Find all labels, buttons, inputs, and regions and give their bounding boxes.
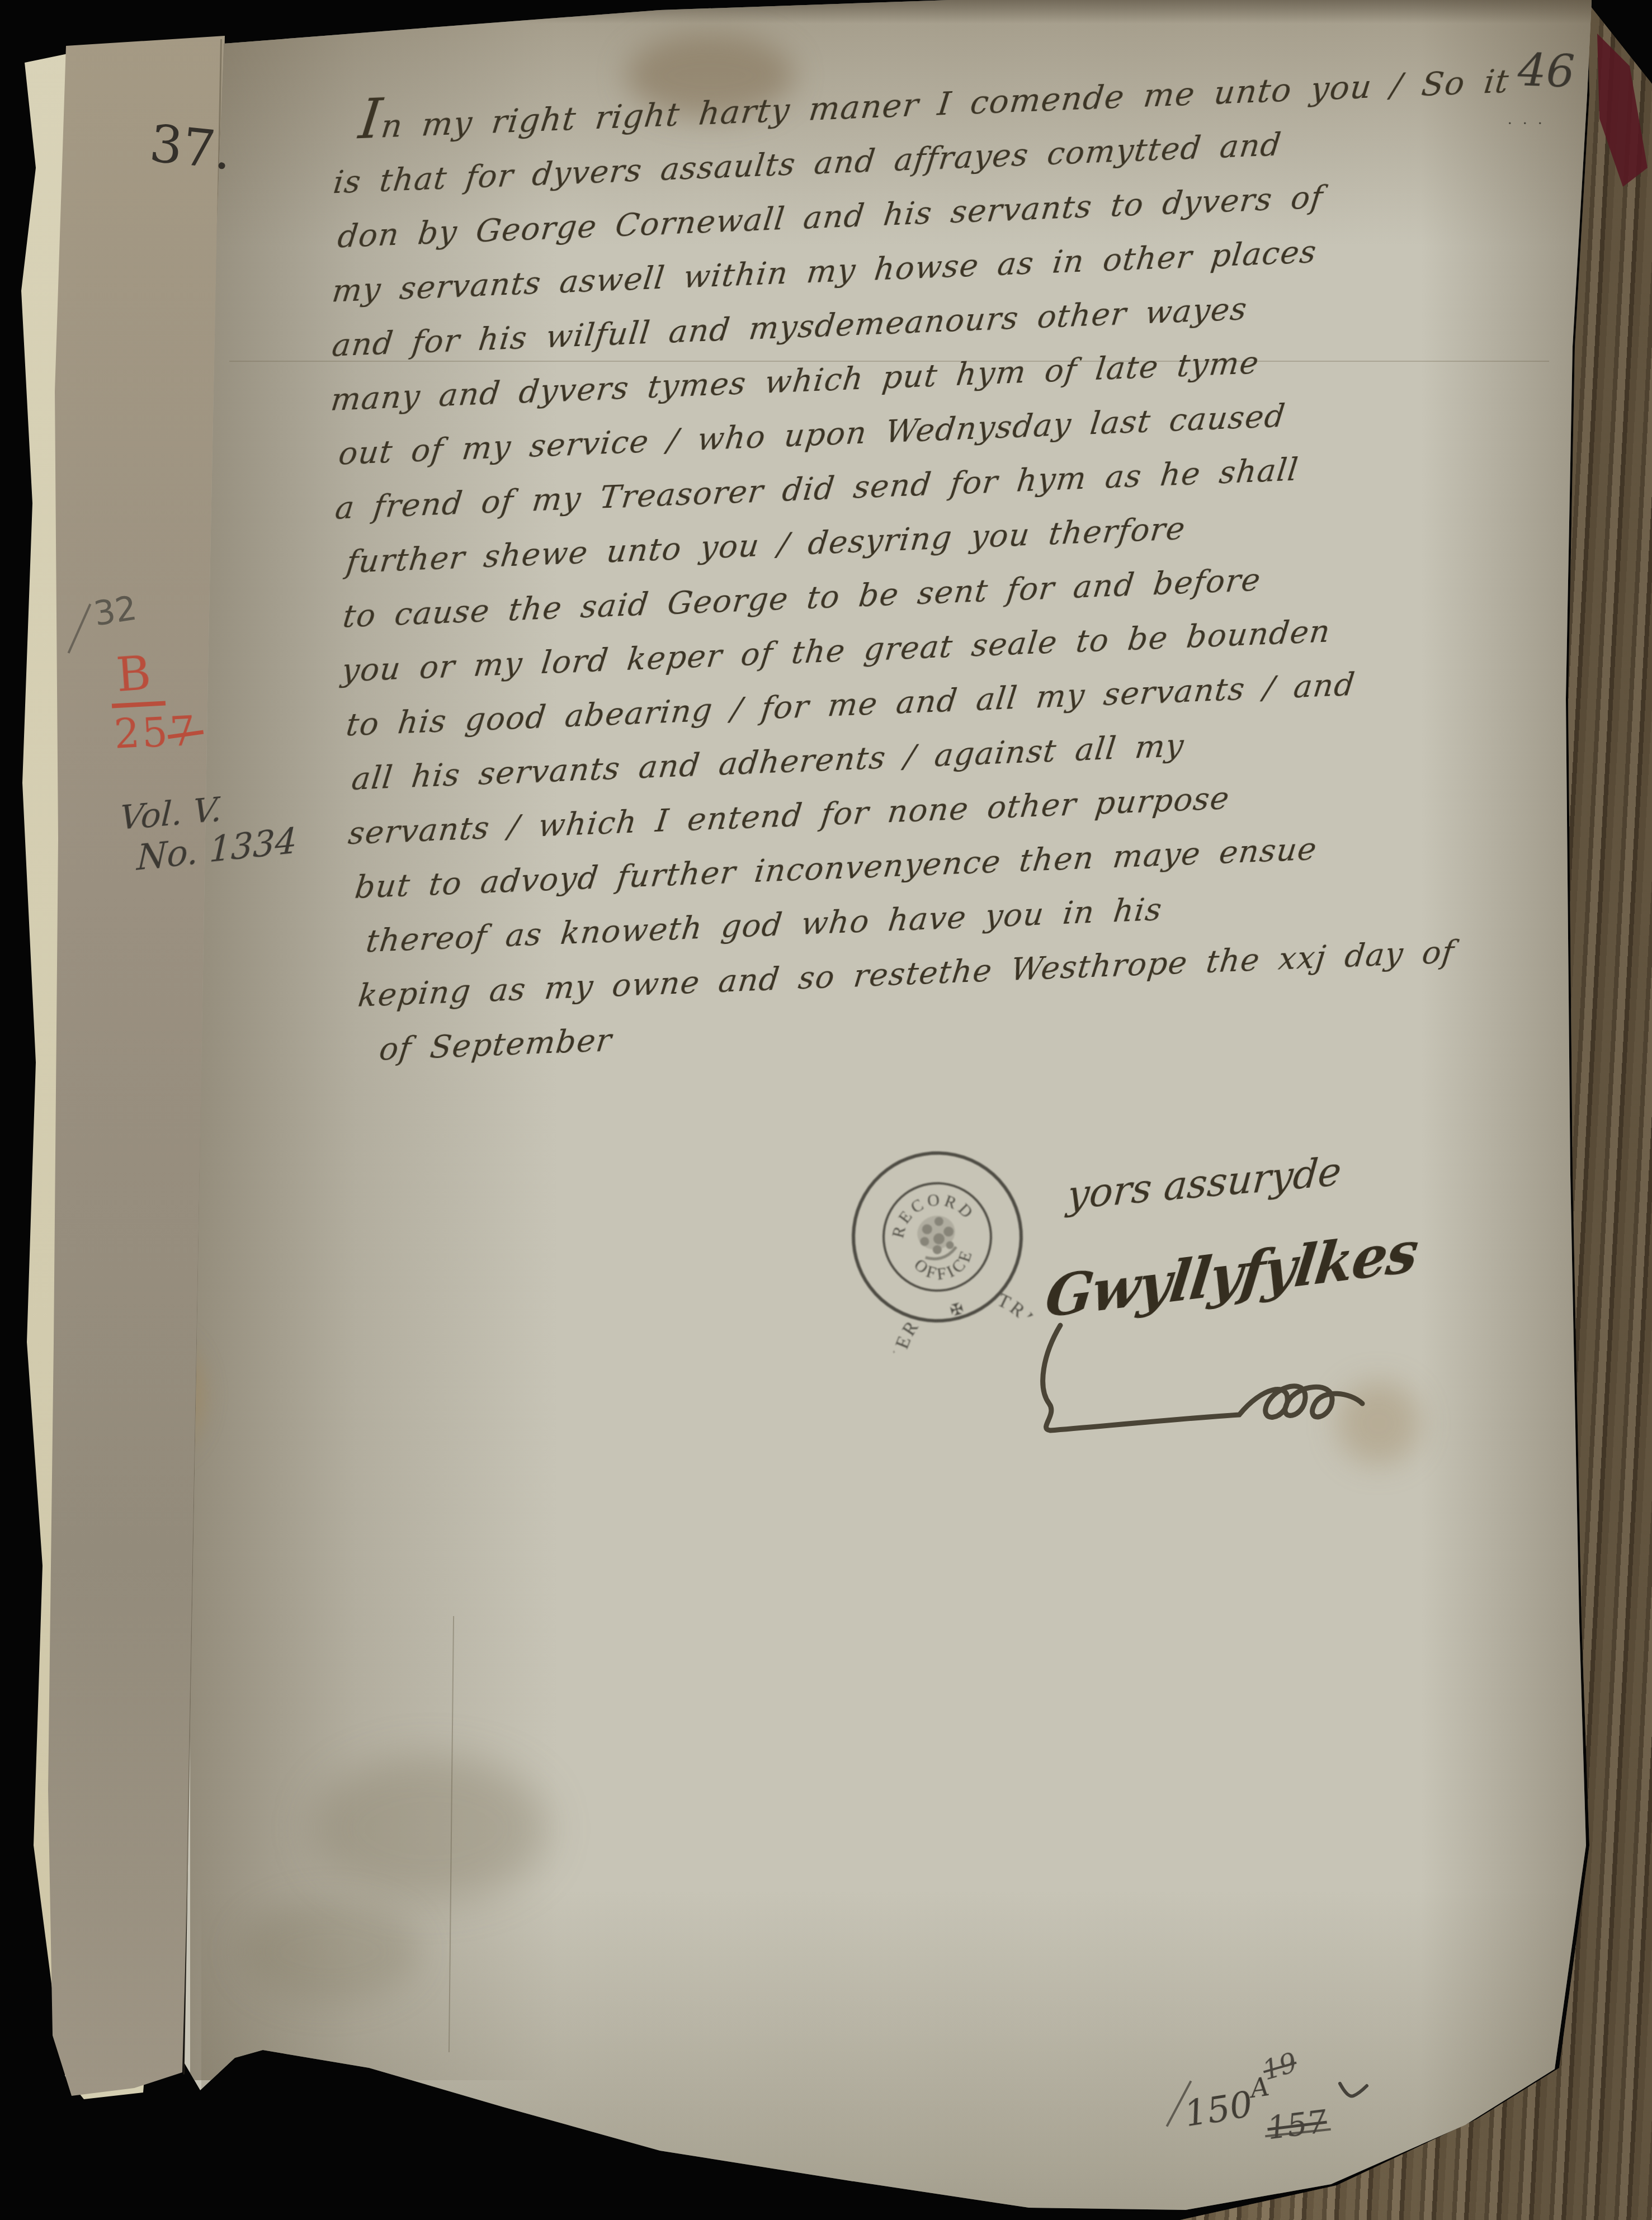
red-classmark-letter: B [115, 645, 153, 702]
page-number: 46 [1517, 44, 1575, 97]
folio-number: 37. [147, 114, 235, 182]
pen-tick-mark [1337, 2076, 1370, 2104]
letter-body: In my right right harty maner I comende … [319, 46, 1548, 1078]
stamp-office-text: OFFICE [908, 1241, 983, 1291]
pencil-number: 32 [91, 588, 139, 634]
stamp-cross-icon: ✠ [948, 1300, 966, 1320]
show-through [240, 1901, 419, 2002]
stain [313, 1756, 548, 1901]
signature-flourish [1027, 1320, 1373, 1443]
manuscript-photo: 46 . . . 37. 32 B 257 Vol. V. No. 1334 I… [0, 0, 1652, 2220]
crossed-number-below: 157 [1265, 2104, 1329, 2147]
stamp-crest [913, 1211, 961, 1262]
svg-text:OFFICE: OFFICE [908, 1241, 983, 1291]
